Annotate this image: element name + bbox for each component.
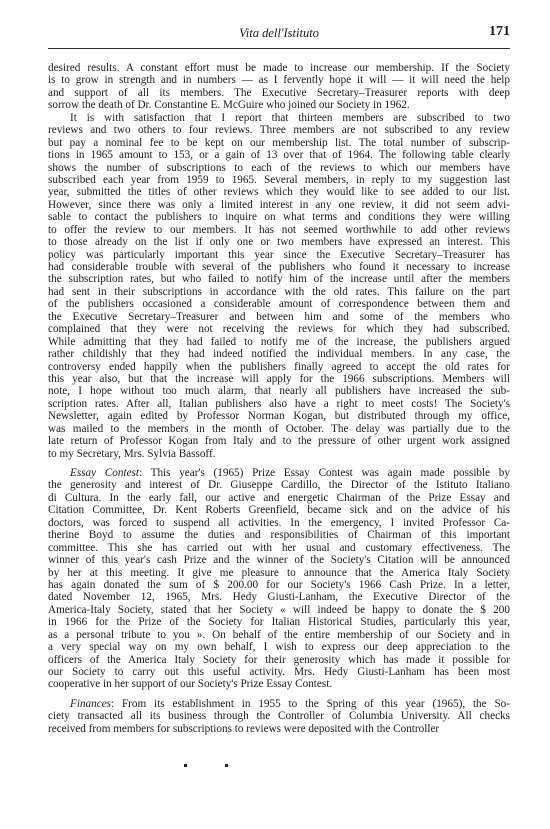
line-text: shows the number of subscriptions to eac… bbox=[48, 162, 510, 174]
line-text: late return of Professor Kogan from Ital… bbox=[48, 435, 510, 447]
line-text: to offer the review to our members. It h… bbox=[48, 224, 510, 236]
text-line: complained that they were not receiving … bbox=[48, 323, 510, 335]
body-text: desired results. A constant effort must … bbox=[48, 62, 510, 735]
line-text: cooperative in her support of our Societ… bbox=[48, 678, 332, 690]
line-text: had sent in their subscriptions in accor… bbox=[48, 286, 510, 298]
text-line: late return of Professor Kogan from Ital… bbox=[48, 435, 510, 447]
text-line: sorrow the death of Dr. Constantine E. M… bbox=[48, 99, 510, 111]
text-line: America-Italy Society, stated that her S… bbox=[48, 604, 510, 616]
text-line: to those already on the list if only one… bbox=[48, 236, 510, 248]
line-text: the generosity and interest of Dr. Giuse… bbox=[48, 479, 510, 491]
line-text: officers of the America Italy Society fo… bbox=[48, 654, 510, 666]
text-line: Essay Contest: This year's (1965) Prize … bbox=[48, 467, 510, 479]
line-text: a very special way on my own behalf, I w… bbox=[48, 641, 510, 653]
line-text: scription rates. After all, Italian publ… bbox=[48, 398, 510, 410]
text-line: While admitting that they had failed to … bbox=[48, 336, 510, 348]
line-text: note, I hope without too much alarm, tha… bbox=[48, 385, 510, 397]
line-text: America-Italy Society, stated that her S… bbox=[48, 604, 510, 616]
line-text: : From its establishment in 1955 to the … bbox=[111, 698, 510, 710]
text-line: Finances: From its establishment in 1955… bbox=[48, 698, 510, 710]
text-line: rather childishly that they had indeed n… bbox=[48, 348, 510, 360]
line-text: committee. This she has carried out with… bbox=[48, 542, 510, 554]
line-text: Citation Committee, Dr. Kent Roberts Gre… bbox=[48, 504, 510, 516]
text-line: this year also, but that the increase wi… bbox=[48, 373, 510, 385]
line-text: tions in 1965 amount to 153, or a gain o… bbox=[48, 149, 510, 161]
line-text: rather childishly that they had indeed n… bbox=[48, 348, 510, 360]
text-line: the subscription rates, but who failed t… bbox=[48, 273, 510, 285]
footer-marker bbox=[225, 764, 228, 767]
text-line: as a personal tribute to you ». On behal… bbox=[48, 629, 510, 641]
line-text: However, since there was only a limited … bbox=[48, 199, 510, 211]
text-line: Citation Committee, Dr. Kent Roberts Gre… bbox=[48, 504, 510, 516]
line-text: but pay a nominal fee to be kept on our … bbox=[48, 137, 510, 149]
line-text: of the publishers occasioned a considera… bbox=[48, 298, 510, 310]
text-line: note, I hope without too much alarm, tha… bbox=[48, 385, 510, 397]
text-line: had sent in their subscriptions in accor… bbox=[48, 286, 510, 298]
text-line: and support of all its members. The Exec… bbox=[48, 87, 510, 99]
text-line: cooperative in her support of our Societ… bbox=[48, 678, 510, 690]
running-header: Vita dell'Istituto 171 bbox=[48, 24, 510, 44]
text-line: by her at this meeting. It give me pleas… bbox=[48, 567, 510, 579]
text-line: desired results. A constant effort must … bbox=[48, 62, 510, 74]
line-text: dated November 12, 1965, Mrs. Hedy Giust… bbox=[48, 591, 510, 603]
text-line: to offer the review to our members. It h… bbox=[48, 224, 510, 236]
text-line: di Cultura. In the early fall, our activ… bbox=[48, 492, 510, 504]
text-line: tions in 1965 amount to 153, or a gain o… bbox=[48, 149, 510, 161]
line-text: as a personal tribute to you ». On behal… bbox=[48, 629, 510, 641]
page-number: 171 bbox=[489, 24, 510, 40]
paragraph: Essay Contest: This year's (1965) Prize … bbox=[48, 467, 510, 691]
text-line: committee. This she has carried out with… bbox=[48, 542, 510, 554]
text-line: therine Boyd to assume the duties and re… bbox=[48, 529, 510, 541]
line-text: sorrow the death of Dr. Constantine E. M… bbox=[48, 99, 410, 111]
line-text: is to grow in strength and in numbers — … bbox=[48, 74, 510, 86]
line-text: to my Secretary, Mrs. Sylvia Bassoff. bbox=[48, 448, 215, 460]
line-text: the subscription rates, but who failed t… bbox=[48, 273, 510, 285]
paragraphs: desired results. A constant effort must … bbox=[48, 62, 510, 735]
text-line: of the publishers occasioned a considera… bbox=[48, 298, 510, 310]
text-line: winner of this year's cash Prize and the… bbox=[48, 554, 510, 566]
text-line: shows the number of subscriptions to eac… bbox=[48, 162, 510, 174]
text-line: the generosity and interest of Dr. Giuse… bbox=[48, 479, 510, 491]
text-line: had considerable trouble with several of… bbox=[48, 261, 510, 273]
line-text: winner of this year's cash Prize and the… bbox=[48, 554, 510, 566]
text-line: received from members for subscriptions … bbox=[48, 723, 510, 735]
line-text: It is with satisfaction that I report th… bbox=[70, 112, 510, 124]
text-line: is to grow in strength and in numbers — … bbox=[48, 74, 510, 86]
text-line: subscribed each year from 1959 to 1965. … bbox=[48, 174, 510, 186]
line-text: reviews and two others to four reviews. … bbox=[48, 124, 510, 136]
line-text: : This year's (1965) Prize Essay Contest… bbox=[139, 467, 510, 479]
line-text: sable to contact the publishers to inqui… bbox=[48, 211, 510, 223]
text-line: controversy ended happily when the publi… bbox=[48, 361, 510, 373]
footer-markers bbox=[182, 764, 242, 770]
line-text: controversy ended happily when the publi… bbox=[48, 361, 510, 373]
paragraph-gap bbox=[48, 460, 510, 467]
paragraph: Finances: From its establishment in 1955… bbox=[48, 698, 510, 735]
line-text: year, submitted the titles of other revi… bbox=[48, 186, 510, 198]
line-text: was mailed to the members in the month o… bbox=[48, 423, 510, 435]
line-text: ciety transacted all its business throug… bbox=[48, 710, 510, 722]
line-text: this year also, but that the increase wi… bbox=[48, 373, 510, 385]
running-header-title: Vita dell'Istituto bbox=[48, 26, 510, 41]
line-text: While admitting that they had failed to … bbox=[48, 336, 510, 348]
line-text: had considerable trouble with several of… bbox=[48, 261, 510, 273]
text-line: dated November 12, 1965, Mrs. Hedy Giust… bbox=[48, 591, 510, 603]
text-line: sable to contact the publishers to inqui… bbox=[48, 211, 510, 223]
line-text: complained that they were not receiving … bbox=[48, 323, 510, 335]
footer-marker bbox=[184, 764, 187, 767]
line-text: di Cultura. In the early fall, our activ… bbox=[48, 492, 510, 504]
text-line: a very special way on my own behalf, I w… bbox=[48, 641, 510, 653]
line-text: desired results. A constant effort must … bbox=[48, 62, 510, 74]
line-text: policy was particularly important this y… bbox=[48, 249, 510, 261]
line-text: and support of all its members. The Exec… bbox=[48, 87, 510, 99]
line-text: our Society to carry out this useful act… bbox=[48, 666, 510, 678]
text-line: Newsletter, again edited by Professor No… bbox=[48, 410, 510, 422]
line-text: subscribed each year from 1959 to 1965. … bbox=[48, 174, 510, 186]
line-text: in 1966 for the Prize of the Society for… bbox=[48, 616, 510, 628]
text-line: doctors, was forced to suspend all activ… bbox=[48, 517, 510, 529]
section-heading: Finances bbox=[70, 698, 111, 710]
text-line: reviews and two others to four reviews. … bbox=[48, 124, 510, 136]
text-line: in 1966 for the Prize of the Society for… bbox=[48, 616, 510, 628]
text-line: year, submitted the titles of other revi… bbox=[48, 186, 510, 198]
line-text: has again donated the sum of $ 200.00 fo… bbox=[48, 579, 510, 591]
paragraph: desired results. A constant effort must … bbox=[48, 62, 510, 112]
line-text: to those already on the list if only one… bbox=[48, 236, 510, 248]
text-line: ciety transacted all its business throug… bbox=[48, 710, 510, 722]
text-line: but pay a nominal fee to be kept on our … bbox=[48, 137, 510, 149]
text-line: our Society to carry out this useful act… bbox=[48, 666, 510, 678]
text-line: scription rates. After all, Italian publ… bbox=[48, 398, 510, 410]
line-text: the Executive Secretary–Treasurer and be… bbox=[48, 311, 510, 323]
paragraph-gap bbox=[48, 691, 510, 698]
line-text: therine Boyd to assume the duties and re… bbox=[48, 529, 510, 541]
text-line: policy was particularly important this y… bbox=[48, 249, 510, 261]
line-text: doctors, was forced to suspend all activ… bbox=[48, 517, 510, 529]
text-line: However, since there was only a limited … bbox=[48, 199, 510, 211]
text-line: It is with satisfaction that I report th… bbox=[48, 112, 510, 124]
paragraph: It is with satisfaction that I report th… bbox=[48, 112, 510, 460]
text-line: has again donated the sum of $ 200.00 fo… bbox=[48, 579, 510, 591]
text-line: officers of the America Italy Society fo… bbox=[48, 654, 510, 666]
line-text: by her at this meeting. It give me pleas… bbox=[48, 567, 510, 579]
line-text: Newsletter, again edited by Professor No… bbox=[48, 410, 510, 422]
section-heading: Essay Contest bbox=[70, 467, 139, 479]
line-text: received from members for subscriptions … bbox=[48, 723, 439, 735]
text-line: the Executive Secretary–Treasurer and be… bbox=[48, 311, 510, 323]
text-line: to my Secretary, Mrs. Sylvia Bassoff. bbox=[48, 448, 510, 460]
text-line: was mailed to the members in the month o… bbox=[48, 423, 510, 435]
header-rule bbox=[48, 48, 510, 49]
